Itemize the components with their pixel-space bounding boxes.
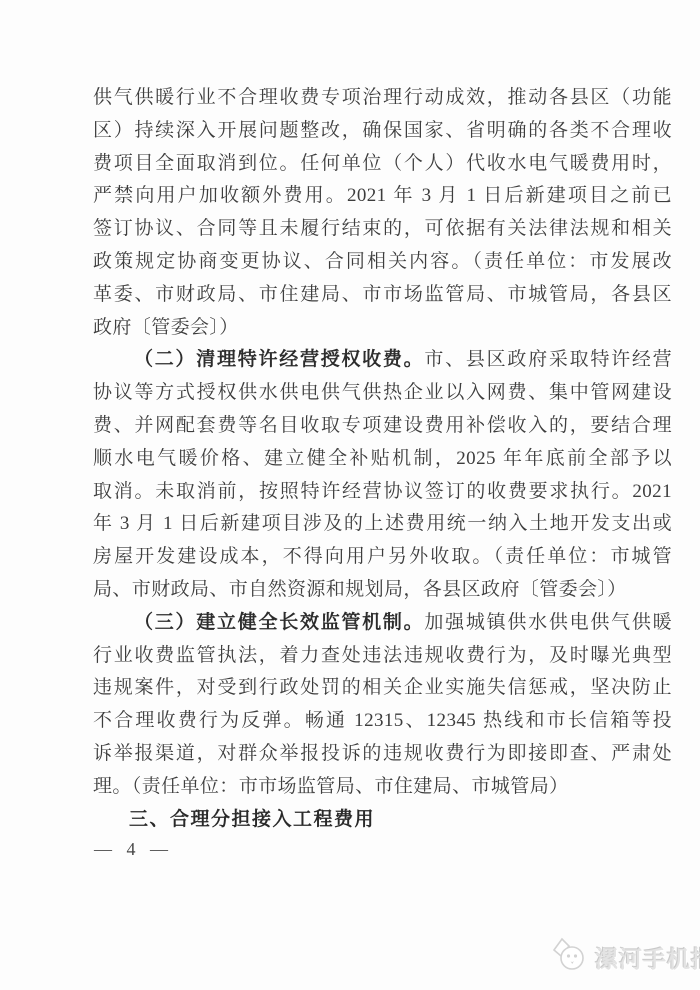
document-page: 供气供暖行业不合理收费专项治理行动成效，推动各县区（功能 区）持续深入开展问题整… <box>0 0 700 990</box>
body-line: 革委、市财政局、市住建局、市市场监管局、市城管局，各县区 <box>93 279 672 312</box>
body-line: 严禁向用户加收额外费用。2021 年 3 月 1 日后新建项目之前已 <box>93 180 672 213</box>
page-number: — 4 — <box>94 839 173 860</box>
section-3-title: （三）建立健全长效监管机制。 <box>134 612 424 633</box>
body-line: 行业收费监管执法，着力查处违法违规收费行为，及时曝光典型 <box>93 640 672 673</box>
body-line-section-3: （三）建立健全长效监管机制。加强城镇供水供电供气供暖 <box>93 607 672 640</box>
body-line: 局、市财政局、市自然资源和规划局，各县区政府〔管委会〕） <box>93 574 672 607</box>
body-line: 协议等方式授权供水供电供气供热企业以入网费、集中管网建设 <box>93 377 672 410</box>
body-line: 费项目全面取消到位。任何单位（个人）代收水电气暖费用时， <box>93 148 672 181</box>
body-line: 政府〔管委会〕） <box>93 312 672 345</box>
body-line: 不合理收费行为反弹。畅通 12315、12345 热线和市长信箱等投 <box>93 705 672 738</box>
watermark-label: 漯河手机报 <box>595 941 700 974</box>
body-line: 年 3 月 1 日后新建项目涉及的上述费用统一纳入土地开发支出或 <box>93 508 672 541</box>
section-2-title: （二）清理特许经营授权收费。 <box>134 349 424 370</box>
body-line: 违规案件，对受到行政处罚的相关企业实施失信惩戒，坚决防止 <box>93 672 672 705</box>
body-line: 顺水电气暖价格、建立健全补贴机制，2025 年年底前全部予以 <box>93 443 672 476</box>
section-heading: 三、合理分担接入工程费用 <box>93 804 672 837</box>
body-line: 诉举报渠道，对群众举报投诉的违规收费行为即接即查、严肃处 <box>93 738 672 771</box>
body-line: 政策规定协商变更协议、合同相关内容。（责任单位：市发展改 <box>93 246 672 279</box>
body-line: 供气供暖行业不合理收费专项治理行动成效，推动各县区（功能 <box>93 82 672 115</box>
body-line: 房屋开发建设成本，不得向用户另外收取。（责任单位：市城管 <box>93 541 672 574</box>
body-line: 签订协议、合同等且未履行结束的，可依据有关法律法规和相关 <box>93 213 672 246</box>
luohe-mobile-news-logo-icon <box>550 936 590 979</box>
body-line: 区）持续深入开展问题整改，确保国家、省明确的各类不合理收 <box>93 115 672 148</box>
body-line: 取消。未取消前，按照特许经营协议签订的收费要求执行。2021 <box>93 476 672 509</box>
body-line-section-2: （二）清理特许经营授权收费。市、县区政府采取特许经营 <box>93 344 672 377</box>
section-3-text: 加强城镇供水供电供气供暖 <box>424 612 672 633</box>
body-line: 理。（责任单位：市市场监管局、市住建局、市城管局） <box>93 771 672 804</box>
section-2-text: 市、县区政府采取特许经营 <box>424 349 672 370</box>
document-body: 供气供暖行业不合理收费专项治理行动成效，推动各县区（功能 区）持续深入开展问题整… <box>93 82 672 836</box>
watermark: 漯河手机报 <box>550 936 700 979</box>
body-line: 费、并网配套费等名目收取专项建设费用补偿收入的，要结合理 <box>93 410 672 443</box>
